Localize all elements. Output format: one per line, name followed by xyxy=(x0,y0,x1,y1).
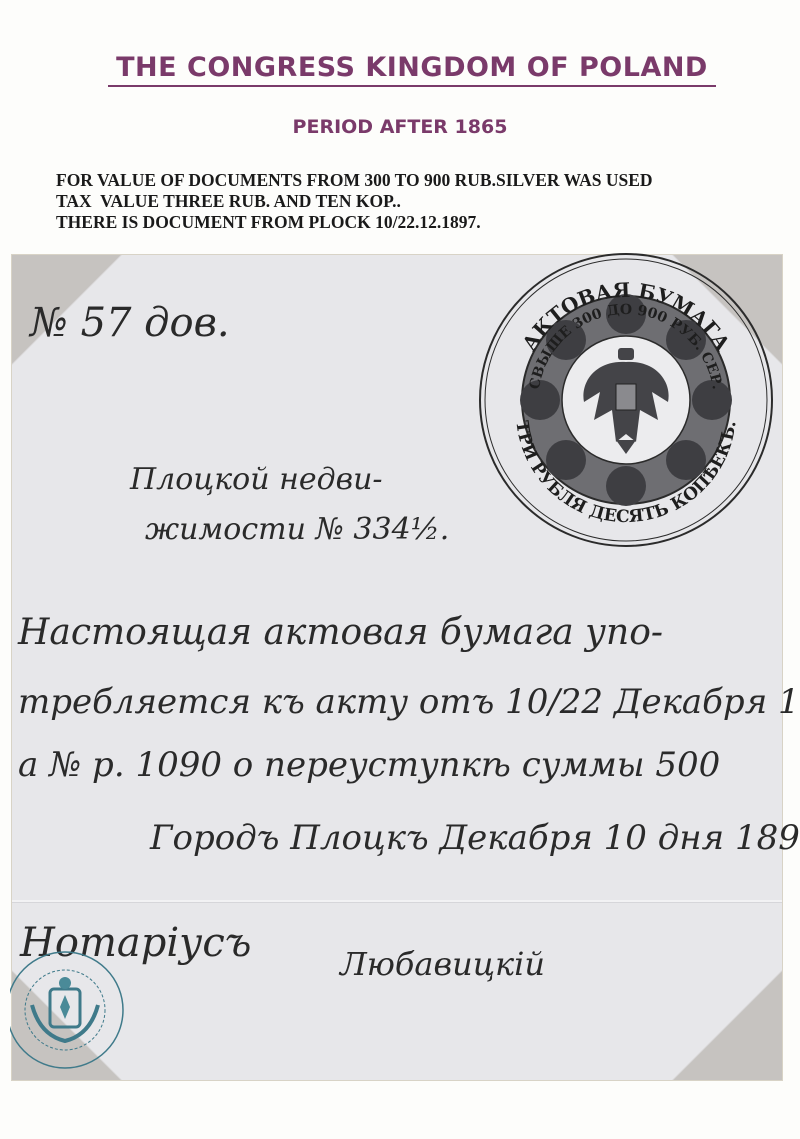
coat-of-arms-icon xyxy=(32,977,98,1041)
handwritten-line: жимости № 334½. xyxy=(145,512,449,547)
handwritten-line: Настоящая актовая бумага упо- xyxy=(18,612,663,653)
handwritten-line: Плоцкой недви- xyxy=(130,462,383,497)
page-subtitle: PERIOD AFTER 1865 xyxy=(0,116,800,138)
handwritten-line: требляется къ акту отъ 10/22 Декабря 189… xyxy=(18,682,800,722)
description-line: THERE IS DOCUMENT FROM PLOCK 10/22.12.18… xyxy=(56,212,776,233)
revenue-stamp: АКТОВАЯ БУМАГА СВЫШЕ 300 ДО 900 РУБ. СЕР… xyxy=(476,252,776,548)
page-title: THE CONGRESS KINGDOM OF POLAND xyxy=(108,52,716,87)
notary-seal xyxy=(10,945,130,1075)
description: FOR VALUE OF DOCUMENTS FROM 300 TO 900 R… xyxy=(56,170,776,233)
description-line: FOR VALUE OF DOCUMENTS FROM 300 TO 900 R… xyxy=(56,170,776,191)
photo-corner-mount xyxy=(662,960,782,1080)
handwritten-number: № 57 дов. xyxy=(30,300,230,346)
description-line: TAX VALUE THREE RUB. AND TEN KOP.. xyxy=(56,191,776,212)
handwritten-signature: Любавицкiй xyxy=(340,945,545,983)
handwritten-line: а № р. 1090 о переуступкѣ суммы 500 xyxy=(18,745,720,785)
handwritten-date-line: Городъ Плоцкъ Декабря 10 дня 1897. xyxy=(150,818,800,858)
